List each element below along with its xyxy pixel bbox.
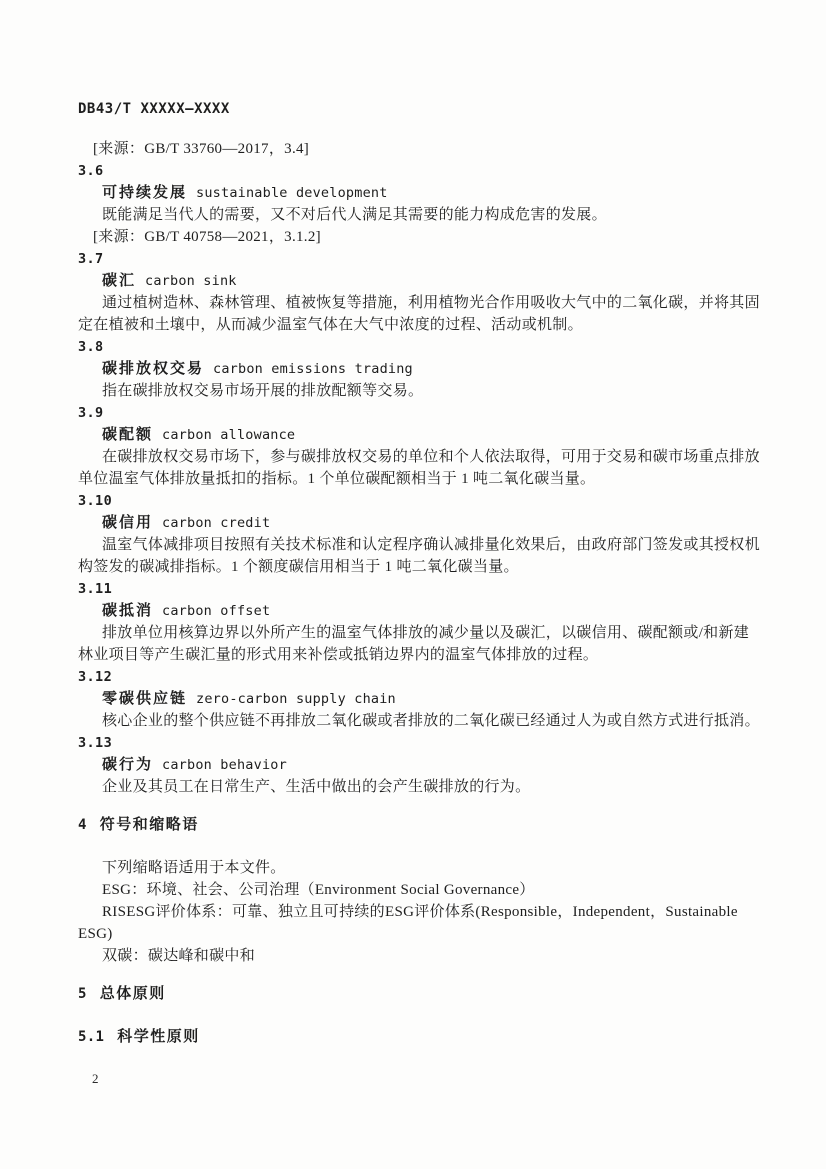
- term-zh: 碳排放权交易: [102, 360, 204, 377]
- document-body: [来源：GB/T 33760—2017，3.4]3.6可持续发展sustaina…: [78, 138, 768, 1069]
- paragraph-line: 双碳：碳达峰和碳中和: [78, 945, 768, 967]
- paragraph-line: 构签发的碳减排指标。1 个额度碳信用相当于 1 吨二氧化碳当量。: [78, 556, 768, 578]
- term-en: sustainable development: [196, 185, 388, 201]
- source-line: [来源：GB/T 40758—2021，3.1.2]: [78, 226, 768, 248]
- term-zh: 碳汇: [102, 272, 136, 289]
- term-line: 碳抵消carbon offset: [78, 600, 768, 622]
- clause-number: 3.10: [78, 490, 768, 512]
- heading-number: 5: [78, 986, 87, 1002]
- paragraph-line: 在碳排放权交易市场下，参与碳排放权交易的单位和个人依法取得，可用于交易和碳市场重…: [78, 446, 768, 468]
- term-line: 碳汇carbon sink: [78, 270, 768, 292]
- clause-number: 3.7: [78, 248, 768, 270]
- clause-number: 3.6: [78, 160, 768, 182]
- heading-number: 5.1: [78, 1029, 104, 1045]
- section-heading: 4符号和缩略语: [78, 814, 768, 836]
- term-line: 碳行为carbon behavior: [78, 754, 768, 776]
- term-zh: 碳信用: [102, 514, 153, 531]
- page-number: 2: [92, 1071, 99, 1087]
- paragraph-line: 核心企业的整个供应链不再排放二氧化碳或者排放的二氧化碳已经通过人为或自然方式进行…: [78, 710, 768, 732]
- paragraph-line: 指在碳排放权交易市场开展的排放配额等交易。: [78, 380, 768, 402]
- term-zh: 碳抵消: [102, 602, 153, 619]
- clause-number: 3.11: [78, 578, 768, 600]
- clause-number: 3.12: [78, 666, 768, 688]
- paragraph-line: 下列缩略语适用于本文件。: [78, 857, 768, 879]
- heading-title: 科学性原则: [117, 1028, 200, 1045]
- term-zh: 零碳供应链: [102, 690, 187, 707]
- term-zh: 可持续发展: [102, 184, 187, 201]
- document-page: DB43/T XXXXX—XXXX [来源：GB/T 33760—2017，3.…: [0, 0, 826, 1169]
- term-en: carbon sink: [145, 273, 237, 289]
- term-en: carbon credit: [162, 515, 270, 531]
- section-heading: 5.1科学性原则: [78, 1026, 768, 1048]
- paragraph-line: 温室气体减排项目按照有关技术标准和认定程序确认减排量化效果后，由政府部门签发或其…: [78, 534, 768, 556]
- paragraph-line: RISESG评价体系：可靠、独立且可持续的ESG评价体系(Responsible…: [78, 901, 768, 923]
- clause-number: 3.9: [78, 402, 768, 424]
- paragraph-line: 定在植被和土壤中，从而减少温室气体在大气中浓度的过程、活动或机制。: [78, 314, 768, 336]
- term-en: carbon offset: [162, 603, 270, 619]
- term-line: 可持续发展sustainable development: [78, 182, 768, 204]
- clause-number: 3.13: [78, 732, 768, 754]
- paragraph-line: 既能满足当代人的需要，又不对后代人满足其需要的能力构成危害的发展。: [78, 204, 768, 226]
- term-line: 碳排放权交易carbon emissions trading: [78, 358, 768, 380]
- term-en: carbon allowance: [162, 427, 295, 443]
- heading-title: 符号和缩略语: [100, 816, 199, 833]
- term-en: carbon emissions trading: [213, 361, 413, 377]
- term-en: zero-carbon supply chain: [196, 691, 396, 707]
- term-zh: 碳配额: [102, 426, 153, 443]
- paragraph-line: 通过植树造林、森林管理、植被恢复等措施，利用植物光合作用吸收大气中的二氧化碳，并…: [78, 292, 768, 314]
- paragraph-line: 单位温室气体排放量抵扣的指标。1 个单位碳配额相当于 1 吨二氧化碳当量。: [78, 468, 768, 490]
- paragraph-line: 企业及其员工在日常生产、生活中做出的会产生碳排放的行为。: [78, 776, 768, 798]
- clause-number: 3.8: [78, 336, 768, 358]
- heading-number: 4: [78, 817, 87, 833]
- term-en: carbon behavior: [162, 757, 287, 773]
- doc-header: DB43/T XXXXX—XXXX: [78, 101, 230, 117]
- term-line: 零碳供应链zero-carbon supply chain: [78, 688, 768, 710]
- heading-title: 总体原则: [100, 985, 166, 1002]
- term-line: 碳配额carbon allowance: [78, 424, 768, 446]
- paragraph-line: 林业项目等产生碳汇量的形式用来补偿或抵销边界内的温室气体排放的过程。: [78, 644, 768, 666]
- section-heading: 5总体原则: [78, 983, 768, 1005]
- term-line: 碳信用carbon credit: [78, 512, 768, 534]
- paragraph-line: 排放单位用核算边界以外所产生的温室气体排放的减少量以及碳汇，以碳信用、碳配额或/…: [78, 622, 768, 644]
- paragraph-line: ESG): [78, 923, 768, 945]
- term-zh: 碳行为: [102, 756, 153, 773]
- paragraph-line: ESG：环境、社会、公司治理（Environment Social Govern…: [78, 879, 768, 901]
- source-line: [来源：GB/T 33760—2017，3.4]: [78, 138, 768, 160]
